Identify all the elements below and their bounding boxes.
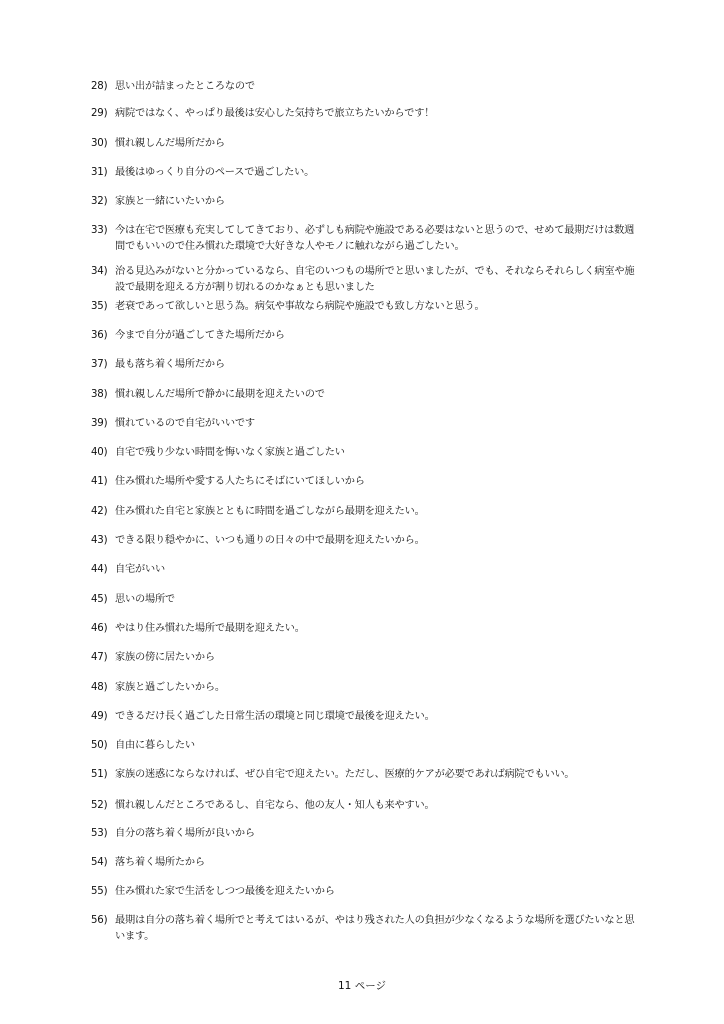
list-item: 49)できるだけ長く過ごした日常生活の環境と同じ環境で最後を迎えたい。: [91, 709, 636, 725]
item-number: 46): [91, 621, 115, 637]
item-text: 慣れ親しんだところであるし、自宅なら、他の友人・知人も来やすい。: [115, 798, 636, 814]
item-number: 44): [91, 562, 115, 578]
item-number: 49): [91, 709, 115, 725]
item-text: 家族と一緒にいたいから: [115, 194, 636, 210]
item-text: 最後はゆっくり自分のペースで過ごしたい。: [115, 165, 636, 181]
list-item: 36)今まで自分が過ごしてきた場所だから: [91, 328, 636, 344]
item-text: 今まで自分が過ごしてきた場所だから: [115, 328, 636, 344]
item-text: 家族の傍に居たいから: [115, 650, 636, 666]
item-number: 36): [91, 328, 115, 344]
list-item: 42)住み慣れた自宅と家族とともに時間を過ごしながら最期を迎えたい。: [91, 504, 636, 520]
item-number: 41): [91, 474, 115, 490]
list-item: 47)家族の傍に居たいから: [91, 650, 636, 666]
item-text: 家族の迷惑にならなければ、ぜひ自宅で迎えたい。ただし、医療的ケアが必要であれば病…: [115, 767, 636, 783]
item-text: 家族と過ごしたいから。: [115, 680, 636, 696]
list-item: 43)できる限り穏やかに、いつも通りの日々の中で最期を迎えたいから。: [91, 533, 636, 549]
list-item: 32)家族と一緒にいたいから: [91, 194, 636, 210]
item-number: 35): [91, 299, 115, 315]
list-item: 38)慣れ親しんだ場所で静かに最期を迎えたいので: [91, 387, 636, 403]
page-number: 11 ページ: [0, 978, 724, 993]
document-page: 28)思い出が詰まったところなので29)病院ではなく、やっぱり最後は安心した気持…: [0, 0, 724, 1024]
item-text: 慣れているので自宅がいいです: [115, 416, 636, 432]
item-number: 30): [91, 136, 115, 152]
list-item: 52)慣れ親しんだところであるし、自宅なら、他の友人・知人も来やすい。: [91, 798, 636, 814]
list-item: 45)思いの場所で: [91, 592, 636, 608]
list-item: 31)最後はゆっくり自分のペースで過ごしたい。: [91, 165, 636, 181]
item-text: 自宅がいい: [115, 562, 636, 578]
item-text: 老衰であって欲しいと思う為。病気や事故なら病院や施設でも致し方ないと思う。: [115, 299, 636, 315]
list-item: 39)慣れているので自宅がいいです: [91, 416, 636, 432]
item-text: 自由に暮らしたい: [115, 738, 636, 754]
item-number: 42): [91, 504, 115, 520]
item-text: できるだけ長く過ごした日常生活の環境と同じ環境で最後を迎えたい。: [115, 709, 636, 725]
item-number: 53): [91, 826, 115, 842]
item-text: やはり住み慣れた場所で最期を迎えたい。: [115, 621, 636, 637]
list-item: 29)病院ではなく、やっぱり最後は安心した気持ちで旅立ちたいからです！: [91, 106, 636, 122]
list-item: 28)思い出が詰まったところなので: [91, 79, 636, 95]
list-item: 48)家族と過ごしたいから。: [91, 680, 636, 696]
item-number: 43): [91, 533, 115, 549]
list-item: 53)自分の落ち着く場所が良いから: [91, 826, 636, 842]
item-text: 自宅で残り少ない時間を悔いなく家族と過ごしたい: [115, 445, 636, 461]
item-number: 52): [91, 798, 115, 814]
item-text: 思い出が詰まったところなので: [115, 79, 636, 95]
item-text: 住み慣れた場所や愛する人たちにそばにいてほしいから: [115, 474, 636, 490]
list-item: 56)最期は自分の落ち着く場所でと考えてはいるが、やはり残された人の負担が少なく…: [91, 913, 636, 944]
item-number: 51): [91, 767, 115, 783]
list-item: 54)落ち着く場所たから: [91, 855, 636, 871]
list-item: 33)今は在宅で医療も充実してしてきており、必ずしも病院や施設である必要はないと…: [91, 223, 636, 254]
list-item: 37)最も落ち着く場所だから: [91, 357, 636, 373]
item-number: 56): [91, 913, 115, 944]
item-number: 38): [91, 387, 115, 403]
item-number: 34): [91, 264, 115, 295]
list-item: 55)住み慣れた家で生活をしつつ最後を迎えたいから: [91, 884, 636, 900]
item-number: 54): [91, 855, 115, 871]
item-number: 28): [91, 79, 115, 95]
item-number: 48): [91, 680, 115, 696]
item-number: 29): [91, 106, 115, 122]
item-text: 慣れ親しんだ場所だから: [115, 136, 636, 152]
list-item: 46)やはり住み慣れた場所で最期を迎えたい。: [91, 621, 636, 637]
list-item: 50)自由に暮らしたい: [91, 738, 636, 754]
item-number: 40): [91, 445, 115, 461]
list-item: 34)治る見込みがないと分かっているなら、自宅のいつもの場所でと思いましたが、で…: [91, 264, 636, 295]
list-item: 44)自宅がいい: [91, 562, 636, 578]
list-item: 40)自宅で残り少ない時間を悔いなく家族と過ごしたい: [91, 445, 636, 461]
item-number: 55): [91, 884, 115, 900]
item-text: 落ち着く場所たから: [115, 855, 636, 871]
item-text: 慣れ親しんだ場所で静かに最期を迎えたいので: [115, 387, 636, 403]
item-number: 33): [91, 223, 115, 254]
list-item: 41)住み慣れた場所や愛する人たちにそばにいてほしいから: [91, 474, 636, 490]
item-number: 45): [91, 592, 115, 608]
item-text: 住み慣れた自宅と家族とともに時間を過ごしながら最期を迎えたい。: [115, 504, 636, 520]
item-number: 47): [91, 650, 115, 666]
list-item: 35)老衰であって欲しいと思う為。病気や事故なら病院や施設でも致し方ないと思う。: [91, 299, 636, 315]
item-number: 31): [91, 165, 115, 181]
item-number: 39): [91, 416, 115, 432]
list-item: 30)慣れ親しんだ場所だから: [91, 136, 636, 152]
item-text: 治る見込みがないと分かっているなら、自宅のいつもの場所でと思いましたが、でも、そ…: [115, 264, 636, 295]
item-text: 最も落ち着く場所だから: [115, 357, 636, 373]
list-item: 51)家族の迷惑にならなければ、ぜひ自宅で迎えたい。ただし、医療的ケアが必要であ…: [91, 767, 636, 783]
item-text: 思いの場所で: [115, 592, 636, 608]
item-text: 今は在宅で医療も充実してしてきており、必ずしも病院や施設である必要はないと思うの…: [115, 223, 636, 254]
item-number: 37): [91, 357, 115, 373]
item-text: 病院ではなく、やっぱり最後は安心した気持ちで旅立ちたいからです！: [115, 106, 636, 122]
item-text: 住み慣れた家で生活をしつつ最後を迎えたいから: [115, 884, 636, 900]
item-number: 32): [91, 194, 115, 210]
item-text: できる限り穏やかに、いつも通りの日々の中で最期を迎えたいから。: [115, 533, 636, 549]
item-text: 自分の落ち着く場所が良いから: [115, 826, 636, 842]
item-text: 最期は自分の落ち着く場所でと考えてはいるが、やはり残された人の負担が少なくなるよ…: [115, 913, 636, 944]
item-number: 50): [91, 738, 115, 754]
